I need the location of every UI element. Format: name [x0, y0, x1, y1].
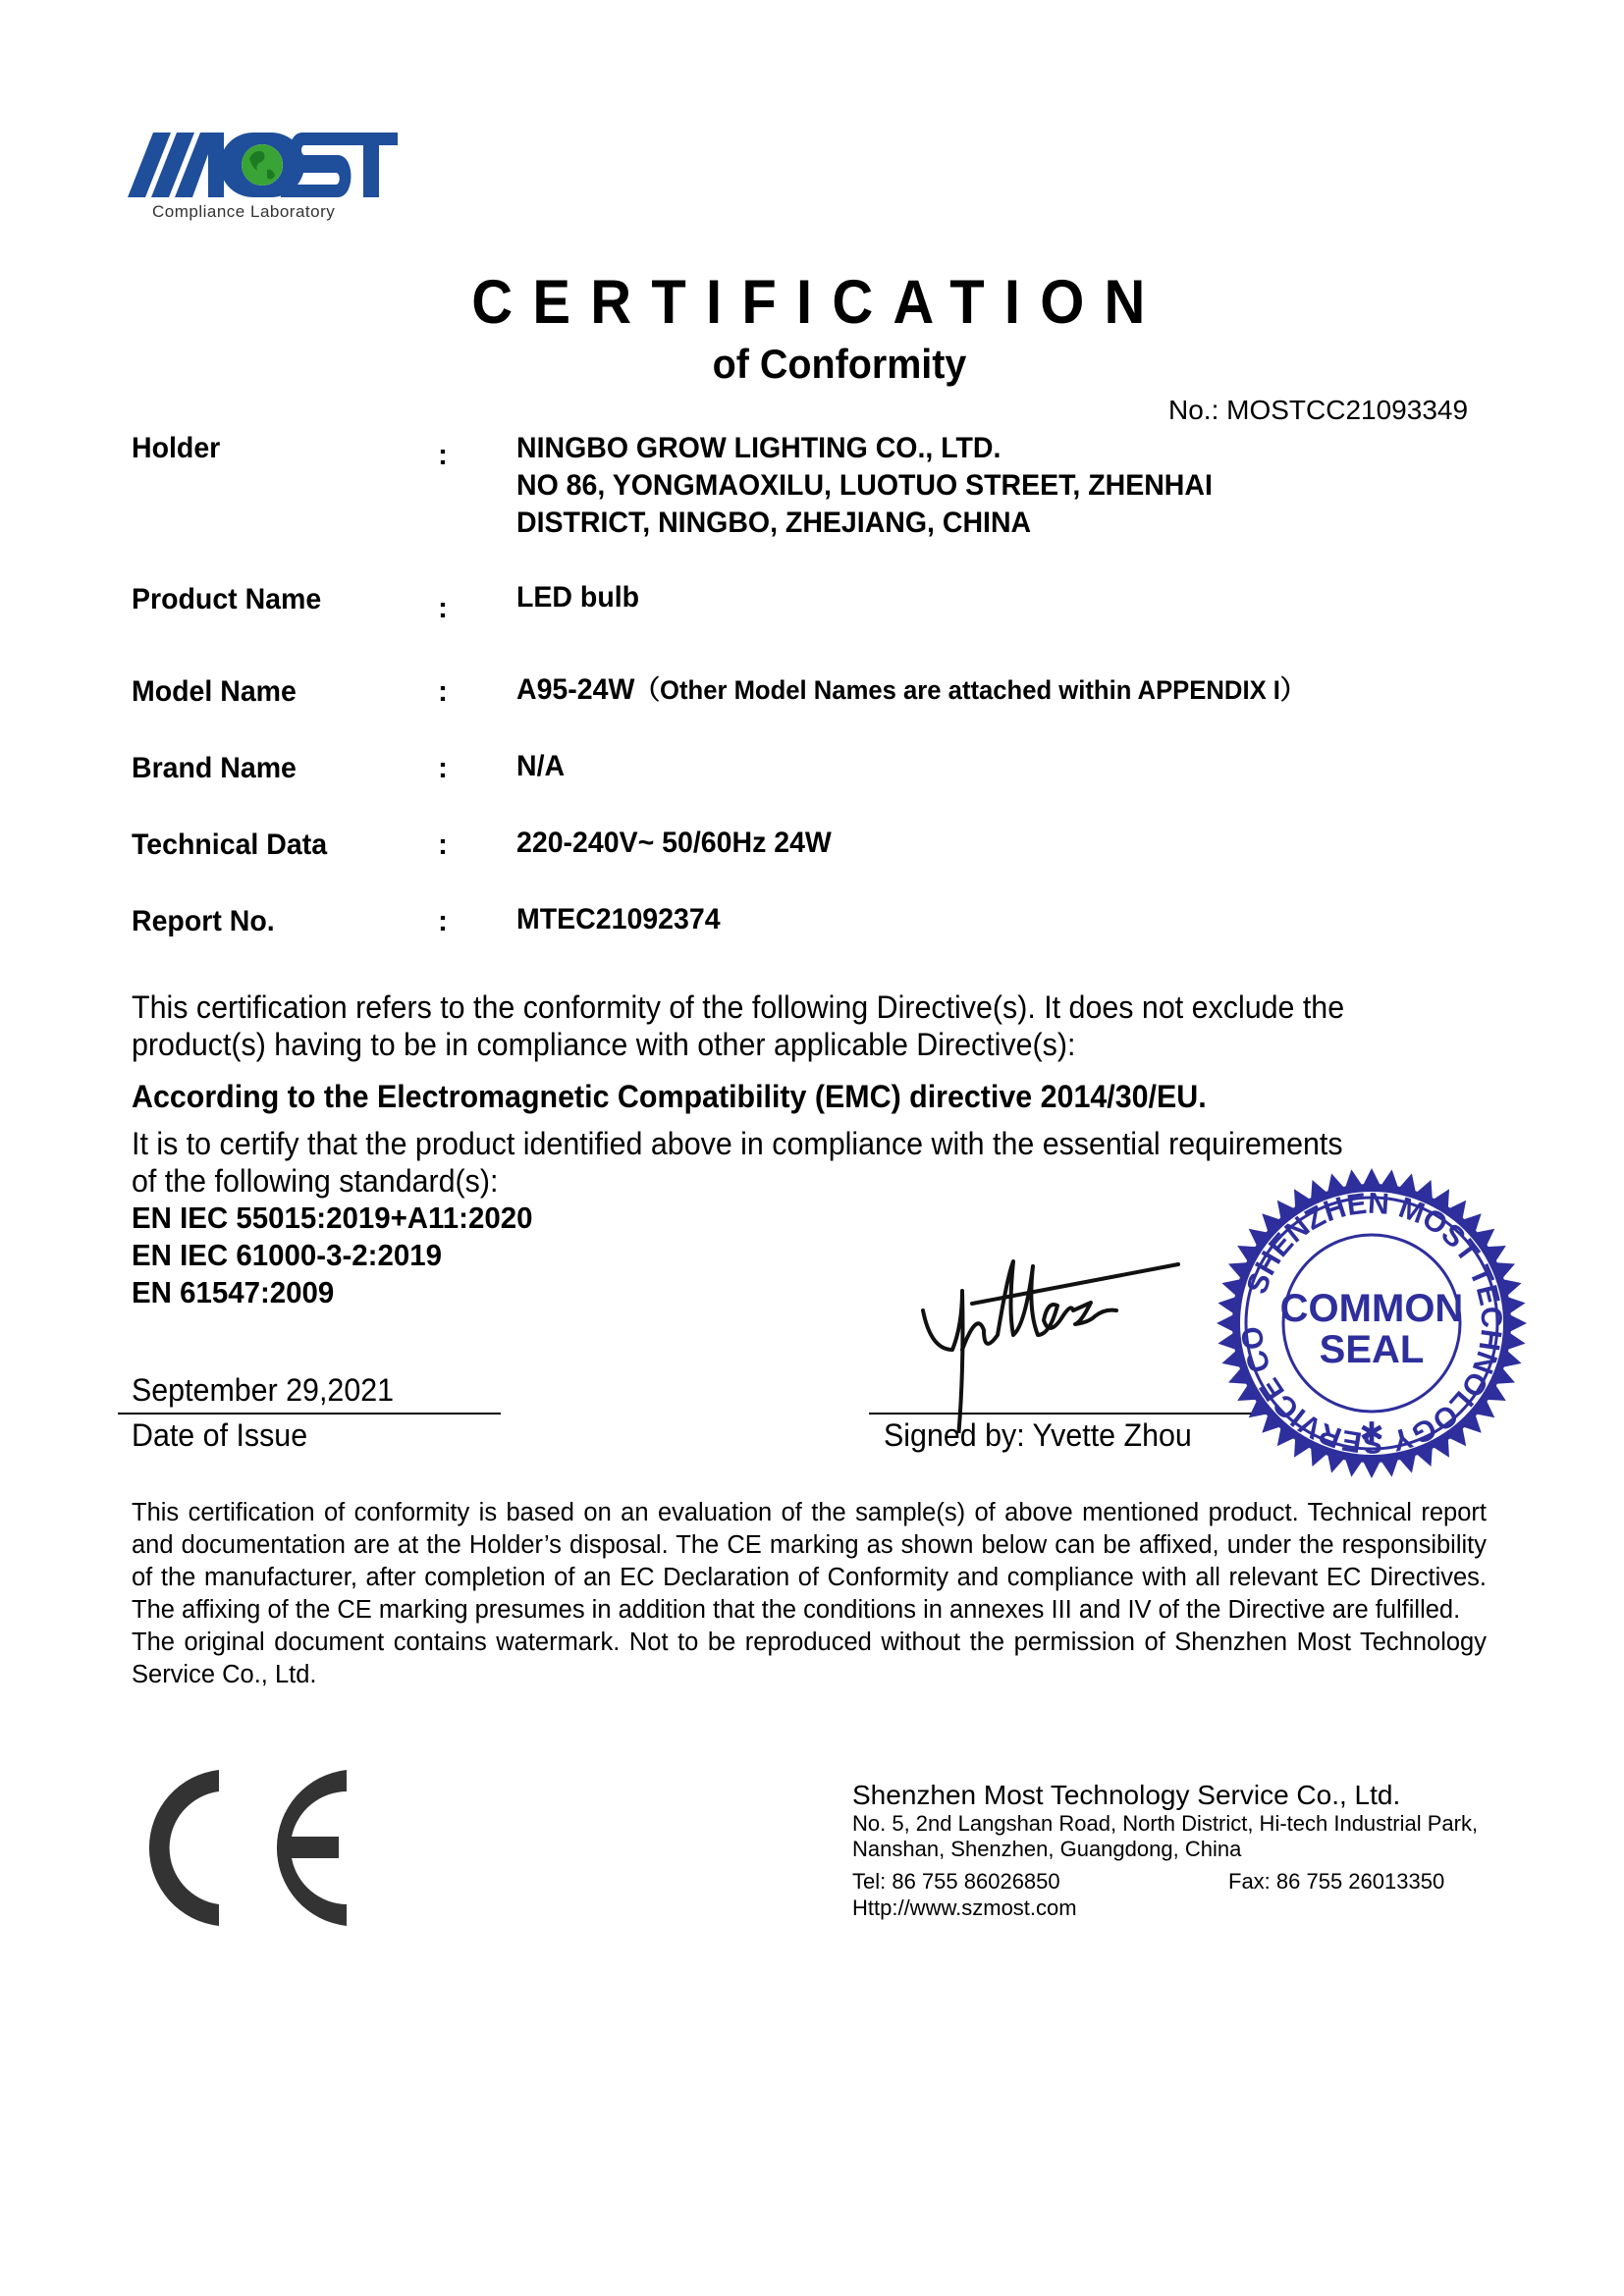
model-name-colon: : [438, 675, 448, 709]
technical-data-colon: : [438, 828, 448, 862]
model-name-note: （Other Model Names are attached within A… [634, 675, 1305, 705]
product-name-colon: : [438, 592, 448, 625]
product-name-value: LED bulb [516, 579, 639, 616]
certificate-title: CERTIFICATION [65, 267, 1559, 338]
holder-colon: : [438, 439, 448, 472]
standard-item: EN IEC 55015:2019+A11:2020 [132, 1200, 533, 1237]
issuer-address-line1: No. 5, 2nd Langshan Road, North District… [852, 1811, 1478, 1837]
issue-date: September 29,2021 [132, 1372, 394, 1409]
model-name-value: A95-24W（Other Model Names are attached w… [516, 671, 1306, 709]
model-name-label: Model Name [132, 675, 297, 709]
holder-label: Holder [132, 432, 220, 465]
product-name-label: Product Name [132, 583, 321, 616]
holder-name: NINGBO GROW LIGHTING CO., LTD. [516, 430, 1213, 467]
date-line [118, 1413, 501, 1415]
certify-statement: It is to certify that the product identi… [132, 1125, 1343, 1200]
disclaimer-paragraph1: This certification of conformity is base… [132, 1497, 1487, 1627]
holder-value: NINGBO GROW LIGHTING CO., LTD. NO 86, YO… [516, 430, 1213, 542]
report-no-colon: : [438, 905, 448, 938]
report-no-value: MTEC21092374 [516, 901, 721, 938]
seal-star-icon: ✱ [1359, 1416, 1383, 1451]
logo-subtitle: Compliance Laboratory [152, 202, 335, 222]
date-of-issue-label: Date of Issue [132, 1417, 307, 1454]
ce-mark-icon [133, 1762, 358, 1934]
seal-center-line1: COMMON [1280, 1287, 1464, 1330]
statement-intro: This certification refers to the conform… [132, 988, 1344, 1063]
issuer-contact: Shenzhen Most Technology Service Co., Lt… [852, 1780, 1478, 1921]
standard-item: EN IEC 61000-3-2:2019 [132, 1237, 533, 1274]
directive-statement: According to the Electromagnetic Compati… [132, 1078, 1207, 1115]
brand-name-value: N/A [516, 748, 565, 785]
company-seal: SHENZHEN MOST TECHNOLOGY SERVICE CO., LT… [1210, 1166, 1534, 1480]
standard-item: EN 61547:2009 [132, 1274, 533, 1311]
brand-name-colon: : [438, 752, 448, 785]
holder-address-line2: DISTRICT, NINGBO, ZHEJIANG, CHINA [516, 505, 1213, 542]
signed-by-label: Signed by: Yvette Zhou [884, 1417, 1192, 1454]
disclaimer: This certification of conformity is base… [132, 1497, 1487, 1691]
technical-data-label: Technical Data [132, 828, 327, 862]
signature-image [903, 1247, 1218, 1433]
issuer-tel: Tel: 86 755 86026850 [852, 1869, 1060, 1894]
holder-address-line1: NO 86, YONGMAOXILU, LUOTUO STREET, ZHENH… [516, 467, 1213, 505]
issuer-address-line2: Nanshan, Shenzhen, Guangdong, China [852, 1837, 1478, 1862]
technical-data-value: 220-240V~ 50/60Hz 24W [516, 825, 832, 862]
brand-name-label: Brand Name [132, 752, 297, 785]
disclaimer-paragraph2: The original document contains watermark… [132, 1627, 1487, 1691]
certificate-subtitle: of Conformity [50, 341, 1624, 388]
issuer-fax: Fax: 86 755 26013350 [1228, 1868, 1444, 1895]
model-name-main: A95-24W [516, 673, 634, 706]
seal-center-line2: SEAL [1320, 1328, 1425, 1371]
report-no-label: Report No. [132, 905, 275, 938]
issuer-website[interactable]: Http://www.szmost.com [852, 1895, 1478, 1921]
standards-list: EN IEC 55015:2019+A11:2020 EN IEC 61000-… [132, 1200, 533, 1311]
issuer-company-name: Shenzhen Most Technology Service Co., Lt… [852, 1780, 1478, 1811]
certificate-number: No.: MOSTCC21093349 [1168, 395, 1468, 426]
